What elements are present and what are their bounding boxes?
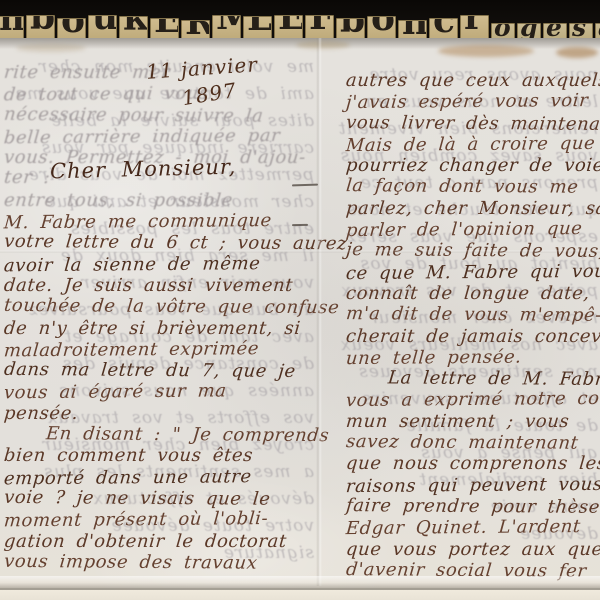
handwritten-text: pourriez changer de voie, xyxy=(345,155,600,176)
handwritten-line: que nous comprenons les xyxy=(345,453,600,474)
handwritten-text: vous a exprimé notre com- xyxy=(345,388,600,411)
handwritten-text: emporté dans une autre xyxy=(3,466,253,489)
handwritten-line: entre tous, si possible xyxy=(3,190,319,211)
handwritten-line: moment présent où l'obli- xyxy=(3,508,319,532)
handwritten-line: que vous portez aux questions xyxy=(345,539,600,560)
handwritten-text: La lettre de M. Fabre xyxy=(387,368,600,391)
ink-stain xyxy=(16,44,86,52)
handwritten-text: une telle pensée. xyxy=(345,346,522,369)
handwritten-line: parlez, cher Monsieur, sans xyxy=(345,198,600,219)
type-glyph: b xyxy=(30,15,54,35)
type-glyph: k xyxy=(123,16,147,36)
handwritten-line: dans ma lettre du 7, que je xyxy=(3,359,319,382)
type-glyph: L xyxy=(247,16,271,36)
handwritten-line: mun sentiment ; vous xyxy=(345,411,600,432)
handwritten-text: que vous portez aux questions xyxy=(345,539,600,560)
type-glyph: c xyxy=(433,18,457,38)
handwritten-text: ter : xyxy=(3,167,51,188)
handwritten-line: de n'y être si brièvement, si xyxy=(3,318,319,339)
handwritten-text: nécessaire pour suivre la xyxy=(3,103,264,126)
handwritten-text: vous impose des travaux xyxy=(3,551,258,574)
handwritten-text: cherait de jamais concevoir xyxy=(345,326,600,347)
ink-stain xyxy=(438,45,534,57)
paper-below-fold xyxy=(0,590,600,600)
type-glyph: E xyxy=(278,15,302,35)
handwritten-text: parler de l'opinion que xyxy=(345,218,583,241)
handwritten-text: la façon dont vous me xyxy=(345,176,579,199)
handwritten-text: raisons qui peuvent vous xyxy=(345,474,600,497)
handwritten-line: connaît de longue date, xyxy=(345,283,600,304)
handwritten-text: mun sentiment ; vous xyxy=(345,411,570,432)
handwritten-text: date. Je suis aussi vivement xyxy=(3,275,294,296)
handwritten-text: Mais de là à croire que vous xyxy=(345,132,600,156)
handwritten-text: vous livrer dès maintenant. xyxy=(345,112,600,135)
type-glyph: m xyxy=(0,16,23,36)
handwritten-line: M. Fabre me communique xyxy=(3,210,319,234)
handwritten-text: maladroitement exprimée xyxy=(3,338,260,361)
handwritten-text: ce que M. Fabre qui vous xyxy=(345,260,600,283)
handwritten-line: m'a dit de vous m'empê- xyxy=(345,303,600,326)
handwritten-line: pensée. xyxy=(3,403,319,424)
handwritten-line: j'avais espéré vous voir xyxy=(345,90,600,114)
center-fold-crease xyxy=(316,38,322,586)
handwritten-text: pensée. xyxy=(3,403,79,424)
handwritten-text: savez donc maintenant xyxy=(345,431,579,454)
handwritten-line: de tout ce qui vous xyxy=(3,82,319,106)
ink-stain xyxy=(296,41,350,49)
ink-stain xyxy=(556,47,598,58)
handwritten-text: touchée de la vôtre que confuse xyxy=(3,295,340,318)
handwritten-line: La lettre de M. Fabre xyxy=(345,367,600,390)
bottom-fold-ridge xyxy=(0,576,600,588)
handwritten-text: dans ma lettre du 7, que je xyxy=(3,359,297,382)
handwritten-text: m'a dit de vous m'empê- xyxy=(345,303,600,326)
handwritten-text: Edgar Quinet. L'ardent xyxy=(345,516,582,539)
margin-dash-mark xyxy=(292,224,308,226)
handwritten-text: moment présent où l'obli- xyxy=(3,508,269,531)
letter-scan: m b o u k E R M L E F b o n c r xyxy=(0,0,600,600)
handwritten-line: emporté dans une autre xyxy=(3,465,319,489)
handwritten-text: connaît de longue date, xyxy=(345,283,591,304)
handwritten-text: avoir la sienne de même xyxy=(3,253,261,276)
type-glyph: o xyxy=(61,18,85,38)
handwritten-line: autres que ceux auxquels xyxy=(345,70,600,91)
handwritten-text: j'avais espéré vous voir xyxy=(345,90,589,113)
type-glyph: u xyxy=(92,15,116,35)
handwritten-line: bien comment vous êtes xyxy=(3,445,319,466)
handwritten-line: belle carrière indiquée par xyxy=(3,125,319,149)
right-page-handwriting: autres que ceux auxquels j'avais espéré … xyxy=(346,70,600,581)
handwritten-text: M. Fabre me communique xyxy=(3,210,273,233)
handwritten-text: vous ai égaré sur ma xyxy=(3,381,227,404)
handwritten-line: date. Je suis aussi vivement xyxy=(3,275,319,296)
handwritten-line: ce que M. Fabre qui vous xyxy=(345,261,600,285)
type-glyph: r xyxy=(464,15,488,35)
type-glyph: E xyxy=(154,18,178,38)
handwritten-text: voie ? je ne visais que le xyxy=(3,487,271,510)
handwritten-text: belle carrière indiquée par xyxy=(3,125,281,148)
type-glyph: F xyxy=(309,15,333,35)
handwritten-line: avoir la sienne de même xyxy=(3,252,319,276)
handwritten-text: faire prendre pour thèse xyxy=(345,495,600,518)
handwritten-line: touchée de la vôtre que confuse xyxy=(3,295,319,318)
handwritten-text: parlez, cher Monsieur, sans xyxy=(345,198,600,219)
handwritten-text: bien comment vous êtes xyxy=(3,445,254,466)
handwritten-text: gation d'obtenir le doctorat xyxy=(3,531,288,552)
handwritten-text: de tout ce qui vous xyxy=(3,83,210,106)
horizontal-crease xyxy=(0,250,600,253)
handwritten-line: vous impose des travaux xyxy=(3,551,319,574)
handwritten-line: pourriez changer de voie, xyxy=(345,155,600,176)
handwritten-line: En disant : " Je comprends xyxy=(3,423,319,446)
type-glyph: o xyxy=(371,16,395,36)
handwritten-text: que nous comprenons les xyxy=(345,453,600,474)
handwritten-line: faire prendre pour thèse xyxy=(345,495,600,518)
type-glyph: b xyxy=(340,18,364,38)
handwritten-text: de n'y être si brièvement, si xyxy=(3,318,301,339)
letter-paper: me voici ensuite mon cherami de tout ce … xyxy=(0,38,600,600)
handwritten-line: parler de l'opinion que xyxy=(345,218,600,242)
handwritten-text: En disant : " Je comprends xyxy=(45,423,330,446)
handwritten-text: autres que ceux auxquels xyxy=(345,70,600,91)
handwritten-line: maladroitement exprimée xyxy=(3,337,319,361)
type-glyph: M xyxy=(216,15,240,35)
handwritten-line: savez donc maintenant xyxy=(345,431,600,454)
type-glyph: n xyxy=(402,20,426,40)
handwritten-line: une telle pensée. xyxy=(345,346,600,370)
handwritten-line: Mais de là à croire que vous xyxy=(345,133,600,157)
handwritten-text: entre tous, si possible xyxy=(3,190,234,211)
handwritten-line: nécessaire pour suivre la xyxy=(3,103,319,126)
handwritten-line: voie ? je ne visais que le xyxy=(3,487,319,510)
handwritten-line: la façon dont vous me xyxy=(345,176,600,199)
salutation: Cher Monsieur, xyxy=(50,155,237,184)
type-glyph: R xyxy=(185,20,209,40)
handwritten-line: Edgar Quinet. L'ardent xyxy=(345,516,600,540)
handwritten-line: vous a exprimé notre com- xyxy=(345,388,600,412)
handwritten-line: cherait de jamais concevoir xyxy=(345,326,600,347)
handwritten-line: raisons qui peuvent vous xyxy=(345,474,600,498)
handwritten-line: vous livrer dès maintenant. xyxy=(345,112,600,135)
left-page-handwriting: rite ensuite mer de tout ce qui vous néc… xyxy=(4,62,318,573)
handwritten-line: vous ai égaré sur ma xyxy=(3,380,319,404)
handwritten-line: gation d'obtenir le doctorat xyxy=(3,531,319,552)
